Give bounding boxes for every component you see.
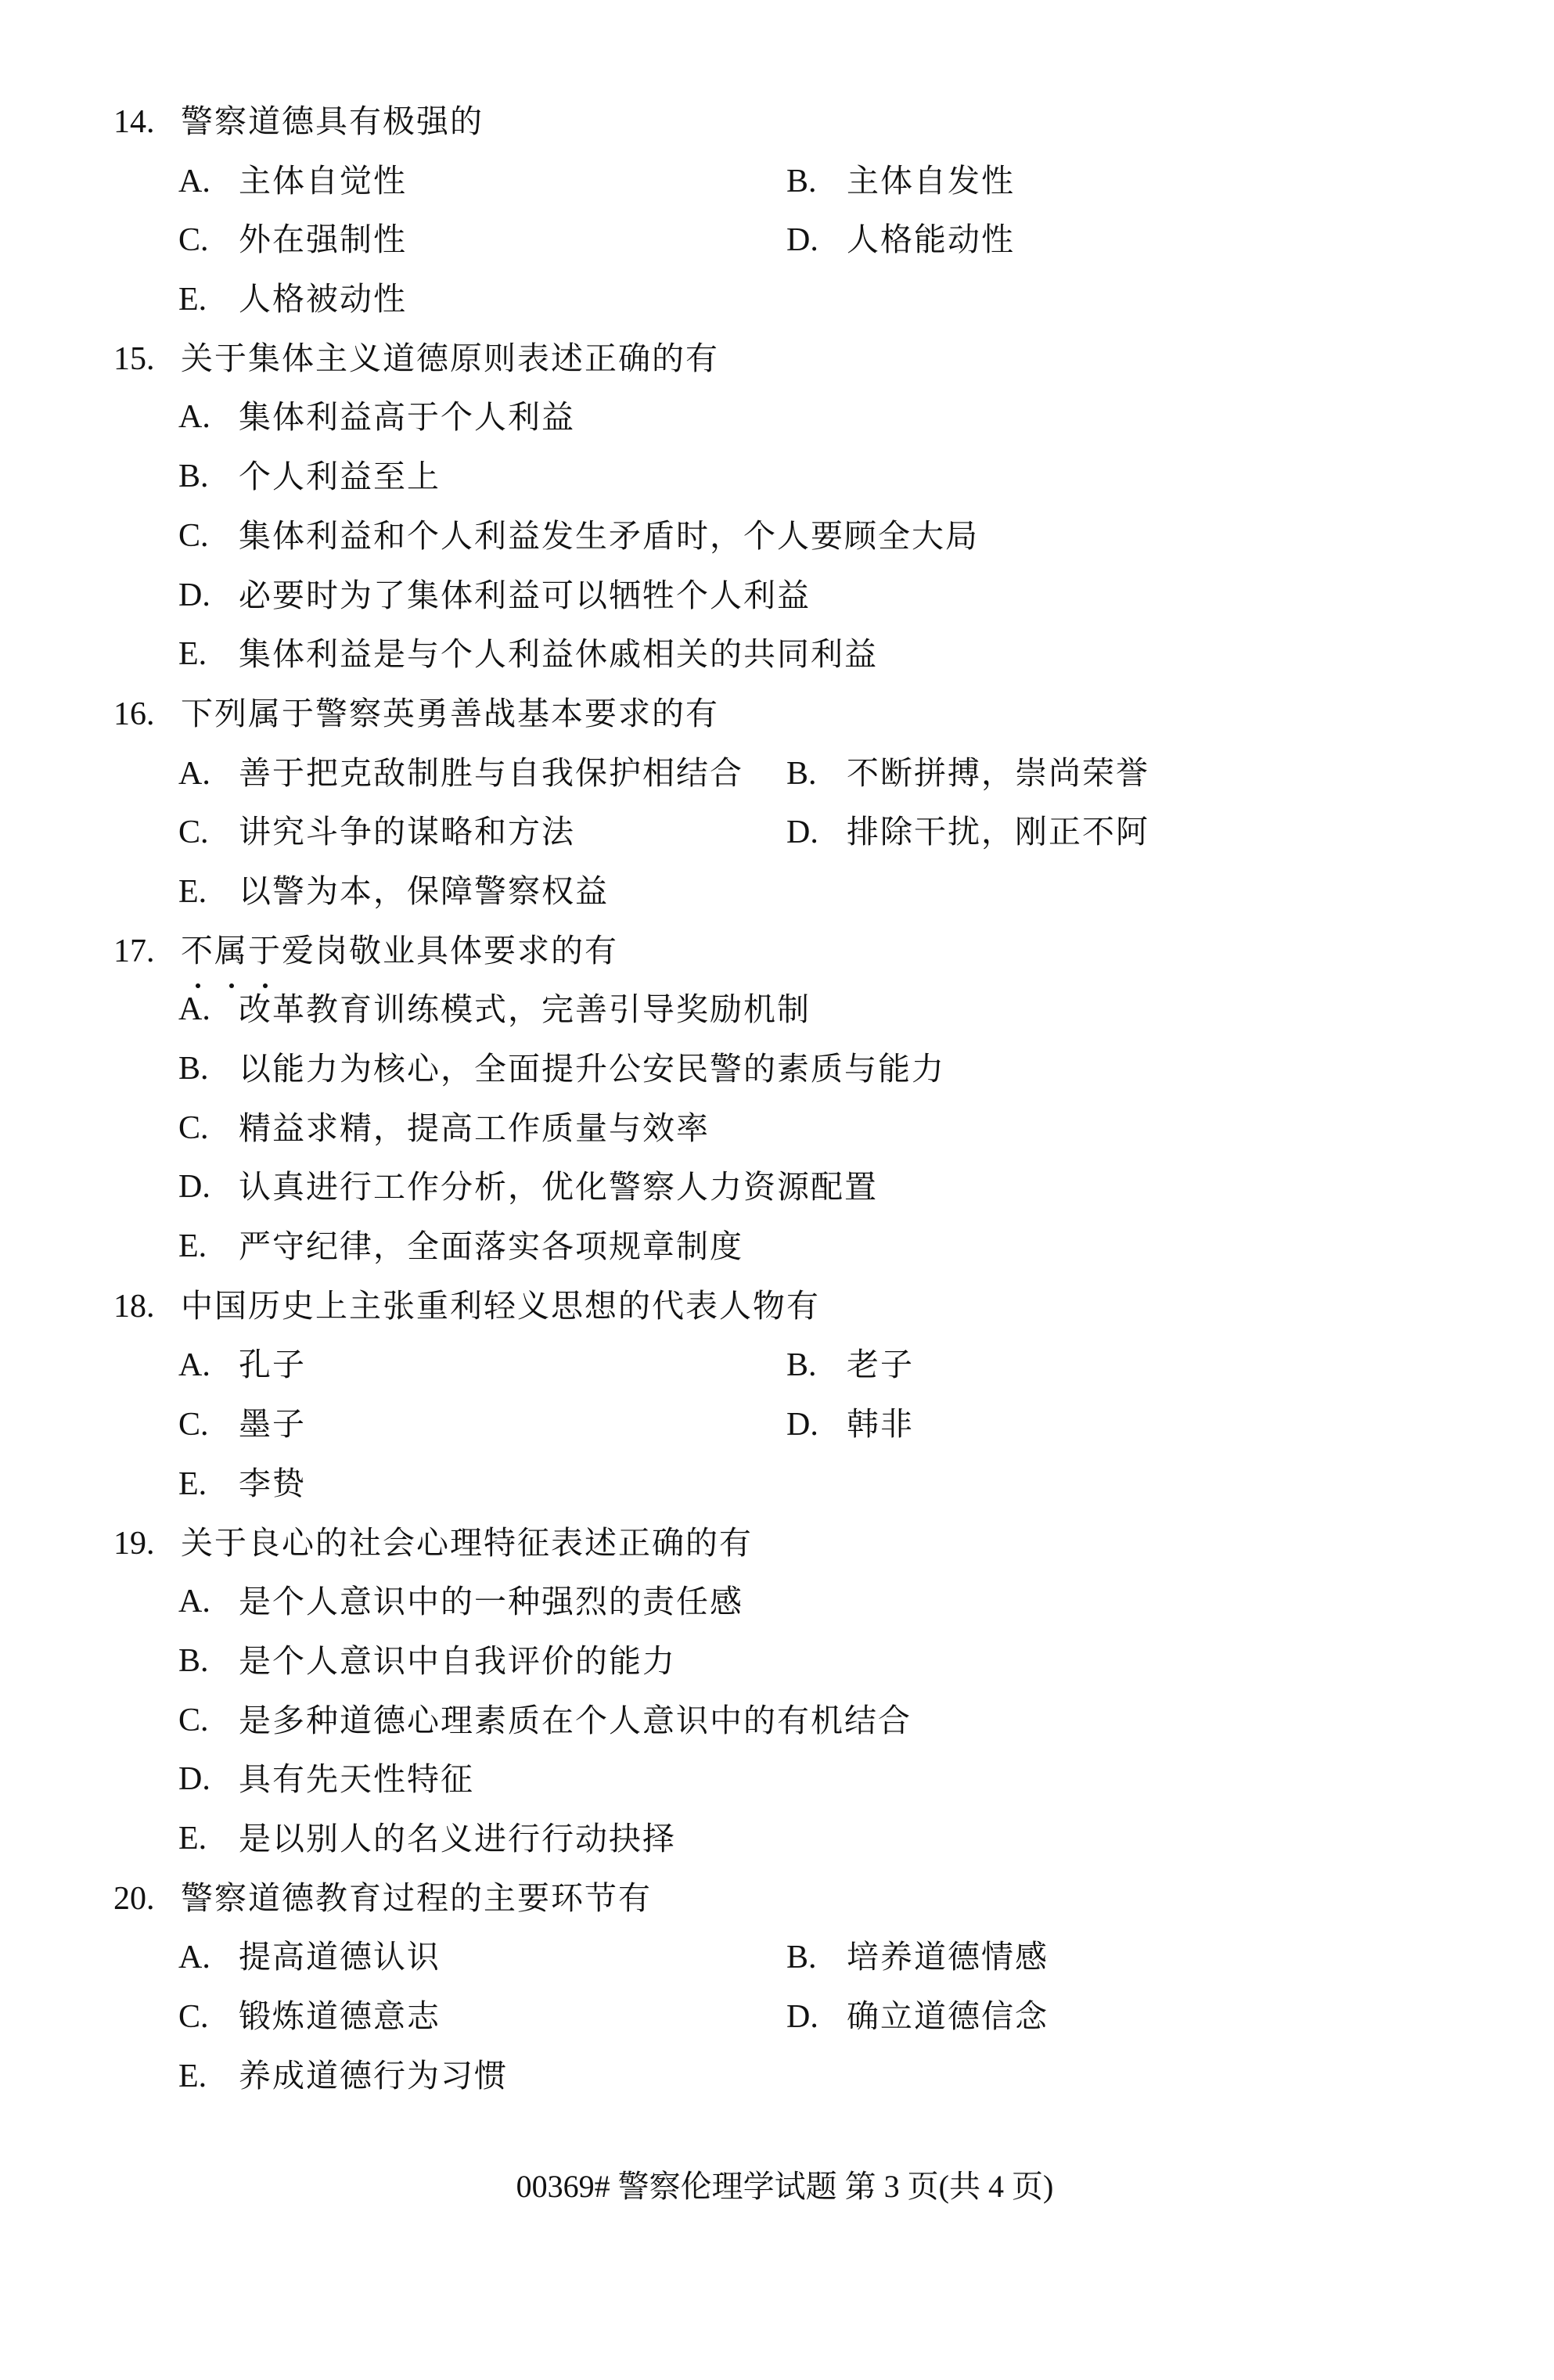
option-letter: A. <box>178 745 239 804</box>
option-letter: D. <box>786 1988 847 2047</box>
option-e: E.以警为本，保障警察权益 <box>178 862 609 922</box>
option-letter: E. <box>178 2047 239 2107</box>
option-e: E.是以别人的名义进行行动抉择 <box>113 1810 1444 1869</box>
exam-page: 14.警察道德具有极强的 A.主体自觉性 B.主体自发性 C.外在强制性 D.人… <box>0 0 1554 2380</box>
question-text: 不属于爱岗敬业具体要求的有 <box>181 922 618 981</box>
option-text: 是个人意识中的一种强烈的责任感 <box>239 1573 743 1632</box>
option-letter: D. <box>786 1396 847 1455</box>
option-letter: C. <box>178 1396 239 1455</box>
option-a: A.是个人意识中的一种强烈的责任感 <box>113 1573 1444 1632</box>
option-letter: A. <box>178 980 239 1040</box>
option-letter: D. <box>178 1158 239 1217</box>
option-text: 墨子 <box>239 1395 306 1454</box>
question-number: 18. <box>113 1278 181 1337</box>
option-text: 主体自发性 <box>847 152 1015 211</box>
option-b: B.以能力为核心，全面提升公安民警的素质与能力 <box>113 1040 1444 1099</box>
option-row: A.孔子 B.老子 <box>113 1336 1444 1395</box>
question-stem: 15.关于集体主义道德原则表述正确的有 <box>113 329 1444 389</box>
option-a: A.孔子 <box>178 1336 786 1395</box>
option-row: A.提高道德认识 B.培养道德情感 <box>113 1928 1444 1987</box>
option-letter: E. <box>178 1810 239 1869</box>
option-letter: B. <box>178 1632 239 1692</box>
option-d: D.认真进行工作分析，优化警察人力资源配置 <box>113 1158 1444 1217</box>
option-text: 以能力为核心，全面提升公安民警的素质与能力 <box>239 1040 945 1099</box>
option-row: E.李贽 <box>113 1454 1444 1514</box>
question-16: 16.下列属于警察英勇善战基本要求的有 A.善于把克敌制胜与自我保护相结合 B.… <box>113 685 1444 922</box>
option-a: A.改革教育训练模式，完善引导奖励机制 <box>113 980 1444 1040</box>
option-text: 养成道德行为习惯 <box>239 2047 508 2106</box>
option-text: 外在强制性 <box>239 210 407 270</box>
option-row: C.讲究斗争的谋略和方法 D.排除干扰，刚正不阿 <box>113 803 1444 862</box>
question-stem: 14.警察道德具有极强的 <box>113 92 1444 152</box>
option-c: C.锻炼道德意志 <box>178 1987 786 2047</box>
question-text: 警察道德教育过程的主要环节有 <box>181 1869 652 1929</box>
page-footer: 00369# 警察伦理学试题 第 3 页(共 4 页) <box>0 2163 1554 2210</box>
option-b: B.培养道德情感 <box>786 1928 1049 1987</box>
emphasis-dot-char: 属 <box>214 922 248 981</box>
option-e: E.人格被动性 <box>178 270 407 329</box>
option-letter: E. <box>178 271 239 330</box>
question-number: 14. <box>113 93 181 153</box>
option-text: 老子 <box>847 1336 914 1395</box>
option-letter: C. <box>178 211 239 271</box>
question-stem: 19.关于良心的社会心理特征表述正确的有 <box>113 1514 1444 1573</box>
question-stem: 20.警察道德教育过程的主要环节有 <box>113 1869 1444 1929</box>
option-letter: A. <box>178 1336 239 1396</box>
option-text: 不断拼搏，崇尚荣誉 <box>847 744 1149 804</box>
option-text: 李贽 <box>239 1454 306 1514</box>
option-letter: B. <box>178 448 239 507</box>
option-letter: D. <box>786 211 847 271</box>
option-c: C.精益求精，提高工作质量与效率 <box>113 1099 1444 1159</box>
option-text: 主体自觉性 <box>239 152 407 211</box>
question-text: 警察道德具有极强的 <box>181 92 484 152</box>
option-text: 认真进行工作分析，优化警察人力资源配置 <box>239 1158 878 1217</box>
question-number: 16. <box>113 685 181 745</box>
question-17: 17.不属于爱岗敬业具体要求的有 A.改革教育训练模式，完善引导奖励机制 B.以… <box>113 922 1444 1277</box>
option-letter: E. <box>178 625 239 685</box>
question-14: 14.警察道德具有极强的 A.主体自觉性 B.主体自发性 C.外在强制性 D.人… <box>113 92 1444 329</box>
option-e: E.集体利益是与个人利益休戚相关的共同利益 <box>113 625 1444 685</box>
option-e: E.严守纪律，全面落实各项规章制度 <box>113 1217 1444 1277</box>
option-text: 是多种道德心理素质在个人意识中的有机结合 <box>239 1692 912 1751</box>
option-letter: B. <box>178 1040 239 1099</box>
option-letter: A. <box>178 153 239 212</box>
option-letter: C. <box>178 507 239 566</box>
question-number: 15. <box>113 330 181 390</box>
option-letter: D. <box>786 804 847 863</box>
option-row: C.锻炼道德意志 D.确立道德信念 <box>113 1987 1444 2047</box>
option-letter: E. <box>178 1455 239 1515</box>
option-b: B.个人利益至上 <box>113 448 1444 507</box>
option-row: A.主体自觉性 B.主体自发性 <box>113 152 1444 211</box>
option-c: C.墨子 <box>178 1395 786 1454</box>
emphasis-dot-char: 于 <box>248 922 282 981</box>
question-18: 18.中国历史上主张重利轻义思想的代表人物有 A.孔子 B.老子 C.墨子 D.… <box>113 1277 1444 1514</box>
option-text: 提高道德认识 <box>239 1928 441 1987</box>
option-letter: C. <box>178 804 239 863</box>
option-e: E.李贽 <box>178 1454 306 1514</box>
option-row: A.善于把克敌制胜与自我保护相结合 B.不断拼搏，崇尚荣誉 <box>113 744 1444 804</box>
option-text: 确立道德信念 <box>847 1987 1049 2047</box>
option-text: 培养道德情感 <box>847 1928 1049 1987</box>
option-letter: A. <box>178 388 239 448</box>
question-stem: 17.不属于爱岗敬业具体要求的有 <box>113 922 1444 981</box>
question-text: 下列属于警察英勇善战基本要求的有 <box>181 685 719 744</box>
option-text: 严守纪律，全面落实各项规章制度 <box>239 1217 743 1277</box>
question-text: 中国历史上主张重利轻义思想的代表人物有 <box>181 1277 820 1336</box>
option-row: E.人格被动性 <box>113 270 1444 329</box>
option-text: 以警为本，保障警察权益 <box>239 862 609 922</box>
option-c: C.外在强制性 <box>178 210 786 270</box>
question-text-rest: 爱岗敬业具体要求的有 <box>282 932 618 969</box>
option-text: 善于把克敌制胜与自我保护相结合 <box>239 744 743 804</box>
option-text: 人格能动性 <box>847 210 1015 270</box>
option-letter: D. <box>178 566 239 626</box>
question-20: 20.警察道德教育过程的主要环节有 A.提高道德认识 B.培养道德情感 C.锻炼… <box>113 1869 1444 2106</box>
option-d: D.人格能动性 <box>786 210 1015 270</box>
question-stem: 16.下列属于警察英勇善战基本要求的有 <box>113 685 1444 744</box>
option-a: A.善于把克敌制胜与自我保护相结合 <box>178 744 786 804</box>
option-c: C.集体利益和个人利益发生矛盾时，个人要顾全大局 <box>113 507 1444 566</box>
option-text: 韩非 <box>847 1395 914 1454</box>
option-letter: C. <box>178 1692 239 1751</box>
option-letter: B. <box>786 745 847 804</box>
option-text: 精益求精，提高工作质量与效率 <box>239 1099 710 1159</box>
option-text: 是个人意识中自我评价的能力 <box>239 1632 676 1692</box>
option-text: 孔子 <box>239 1336 306 1395</box>
option-letter: E. <box>178 863 239 922</box>
option-b: B.老子 <box>786 1336 914 1395</box>
option-letter: B. <box>786 153 847 212</box>
option-text: 集体利益是与个人利益休戚相关的共同利益 <box>239 625 878 685</box>
option-text: 集体利益高于个人利益 <box>239 388 575 448</box>
option-letter: A. <box>178 1929 239 1988</box>
option-text: 集体利益和个人利益发生矛盾时，个人要顾全大局 <box>239 507 979 566</box>
emphasis-dot-char: 不 <box>181 922 214 981</box>
question-15: 15.关于集体主义道德原则表述正确的有 A.集体利益高于个人利益 B.个人利益至… <box>113 329 1444 685</box>
question-text: 关于集体主义道德原则表述正确的有 <box>181 329 719 389</box>
option-b: B.是个人意识中自我评价的能力 <box>113 1632 1444 1692</box>
question-19: 19.关于良心的社会心理特征表述正确的有 A.是个人意识中的一种强烈的责任感 B… <box>113 1514 1444 1869</box>
question-number: 20. <box>113 1870 181 1929</box>
option-letter: A. <box>178 1573 239 1632</box>
option-c: C.讲究斗争的谋略和方法 <box>178 803 786 862</box>
option-text: 必要时为了集体利益可以牺牲个人利益 <box>239 566 811 626</box>
option-text: 具有先天性特征 <box>239 1750 474 1810</box>
option-letter: C. <box>178 1988 239 2047</box>
option-row: C.外在强制性 D.人格能动性 <box>113 210 1444 270</box>
option-b: B.不断拼搏，崇尚荣誉 <box>786 744 1149 804</box>
question-stem: 18.中国历史上主张重利轻义思想的代表人物有 <box>113 1277 1444 1336</box>
option-text: 改革教育训练模式，完善引导奖励机制 <box>239 980 811 1040</box>
option-text: 锻炼道德意志 <box>239 1987 441 2047</box>
option-text: 是以别人的名义进行行动抉择 <box>239 1810 676 1869</box>
option-c: C.是多种道德心理素质在个人意识中的有机结合 <box>113 1692 1444 1751</box>
option-letter: C. <box>178 1099 239 1159</box>
option-row: C.墨子 D.韩非 <box>113 1395 1444 1454</box>
option-text: 人格被动性 <box>239 270 407 329</box>
question-number: 19. <box>113 1515 181 1574</box>
option-b: B.主体自发性 <box>786 152 1015 211</box>
option-a: A.集体利益高于个人利益 <box>113 388 1444 448</box>
option-d: D.韩非 <box>786 1395 914 1454</box>
question-text: 关于良心的社会心理特征表述正确的有 <box>181 1514 753 1573</box>
emphasis-dotted-text: 不属于 <box>181 932 282 969</box>
option-row: E.养成道德行为习惯 <box>113 2047 1444 2106</box>
option-row: E.以警为本，保障警察权益 <box>113 862 1444 922</box>
option-letter: B. <box>786 1336 847 1396</box>
option-d: D.必要时为了集体利益可以牺牲个人利益 <box>113 566 1444 626</box>
option-d: D.排除干扰，刚正不阿 <box>786 803 1149 862</box>
option-d: D.确立道德信念 <box>786 1987 1049 2047</box>
option-text: 讲究斗争的谋略和方法 <box>239 803 575 862</box>
option-e: E.养成道德行为习惯 <box>178 2047 508 2106</box>
question-number: 17. <box>113 922 181 982</box>
option-letter: D. <box>178 1750 239 1810</box>
option-a: A.提高道德认识 <box>178 1928 786 1987</box>
option-text: 排除干扰，刚正不阿 <box>847 803 1149 862</box>
option-a: A.主体自觉性 <box>178 152 786 211</box>
question-list: 14.警察道德具有极强的 A.主体自觉性 B.主体自发性 C.外在强制性 D.人… <box>113 92 1444 2105</box>
option-letter: E. <box>178 1217 239 1277</box>
option-d: D.具有先天性特征 <box>113 1750 1444 1810</box>
option-letter: B. <box>786 1929 847 1988</box>
option-text: 个人利益至上 <box>239 448 441 507</box>
